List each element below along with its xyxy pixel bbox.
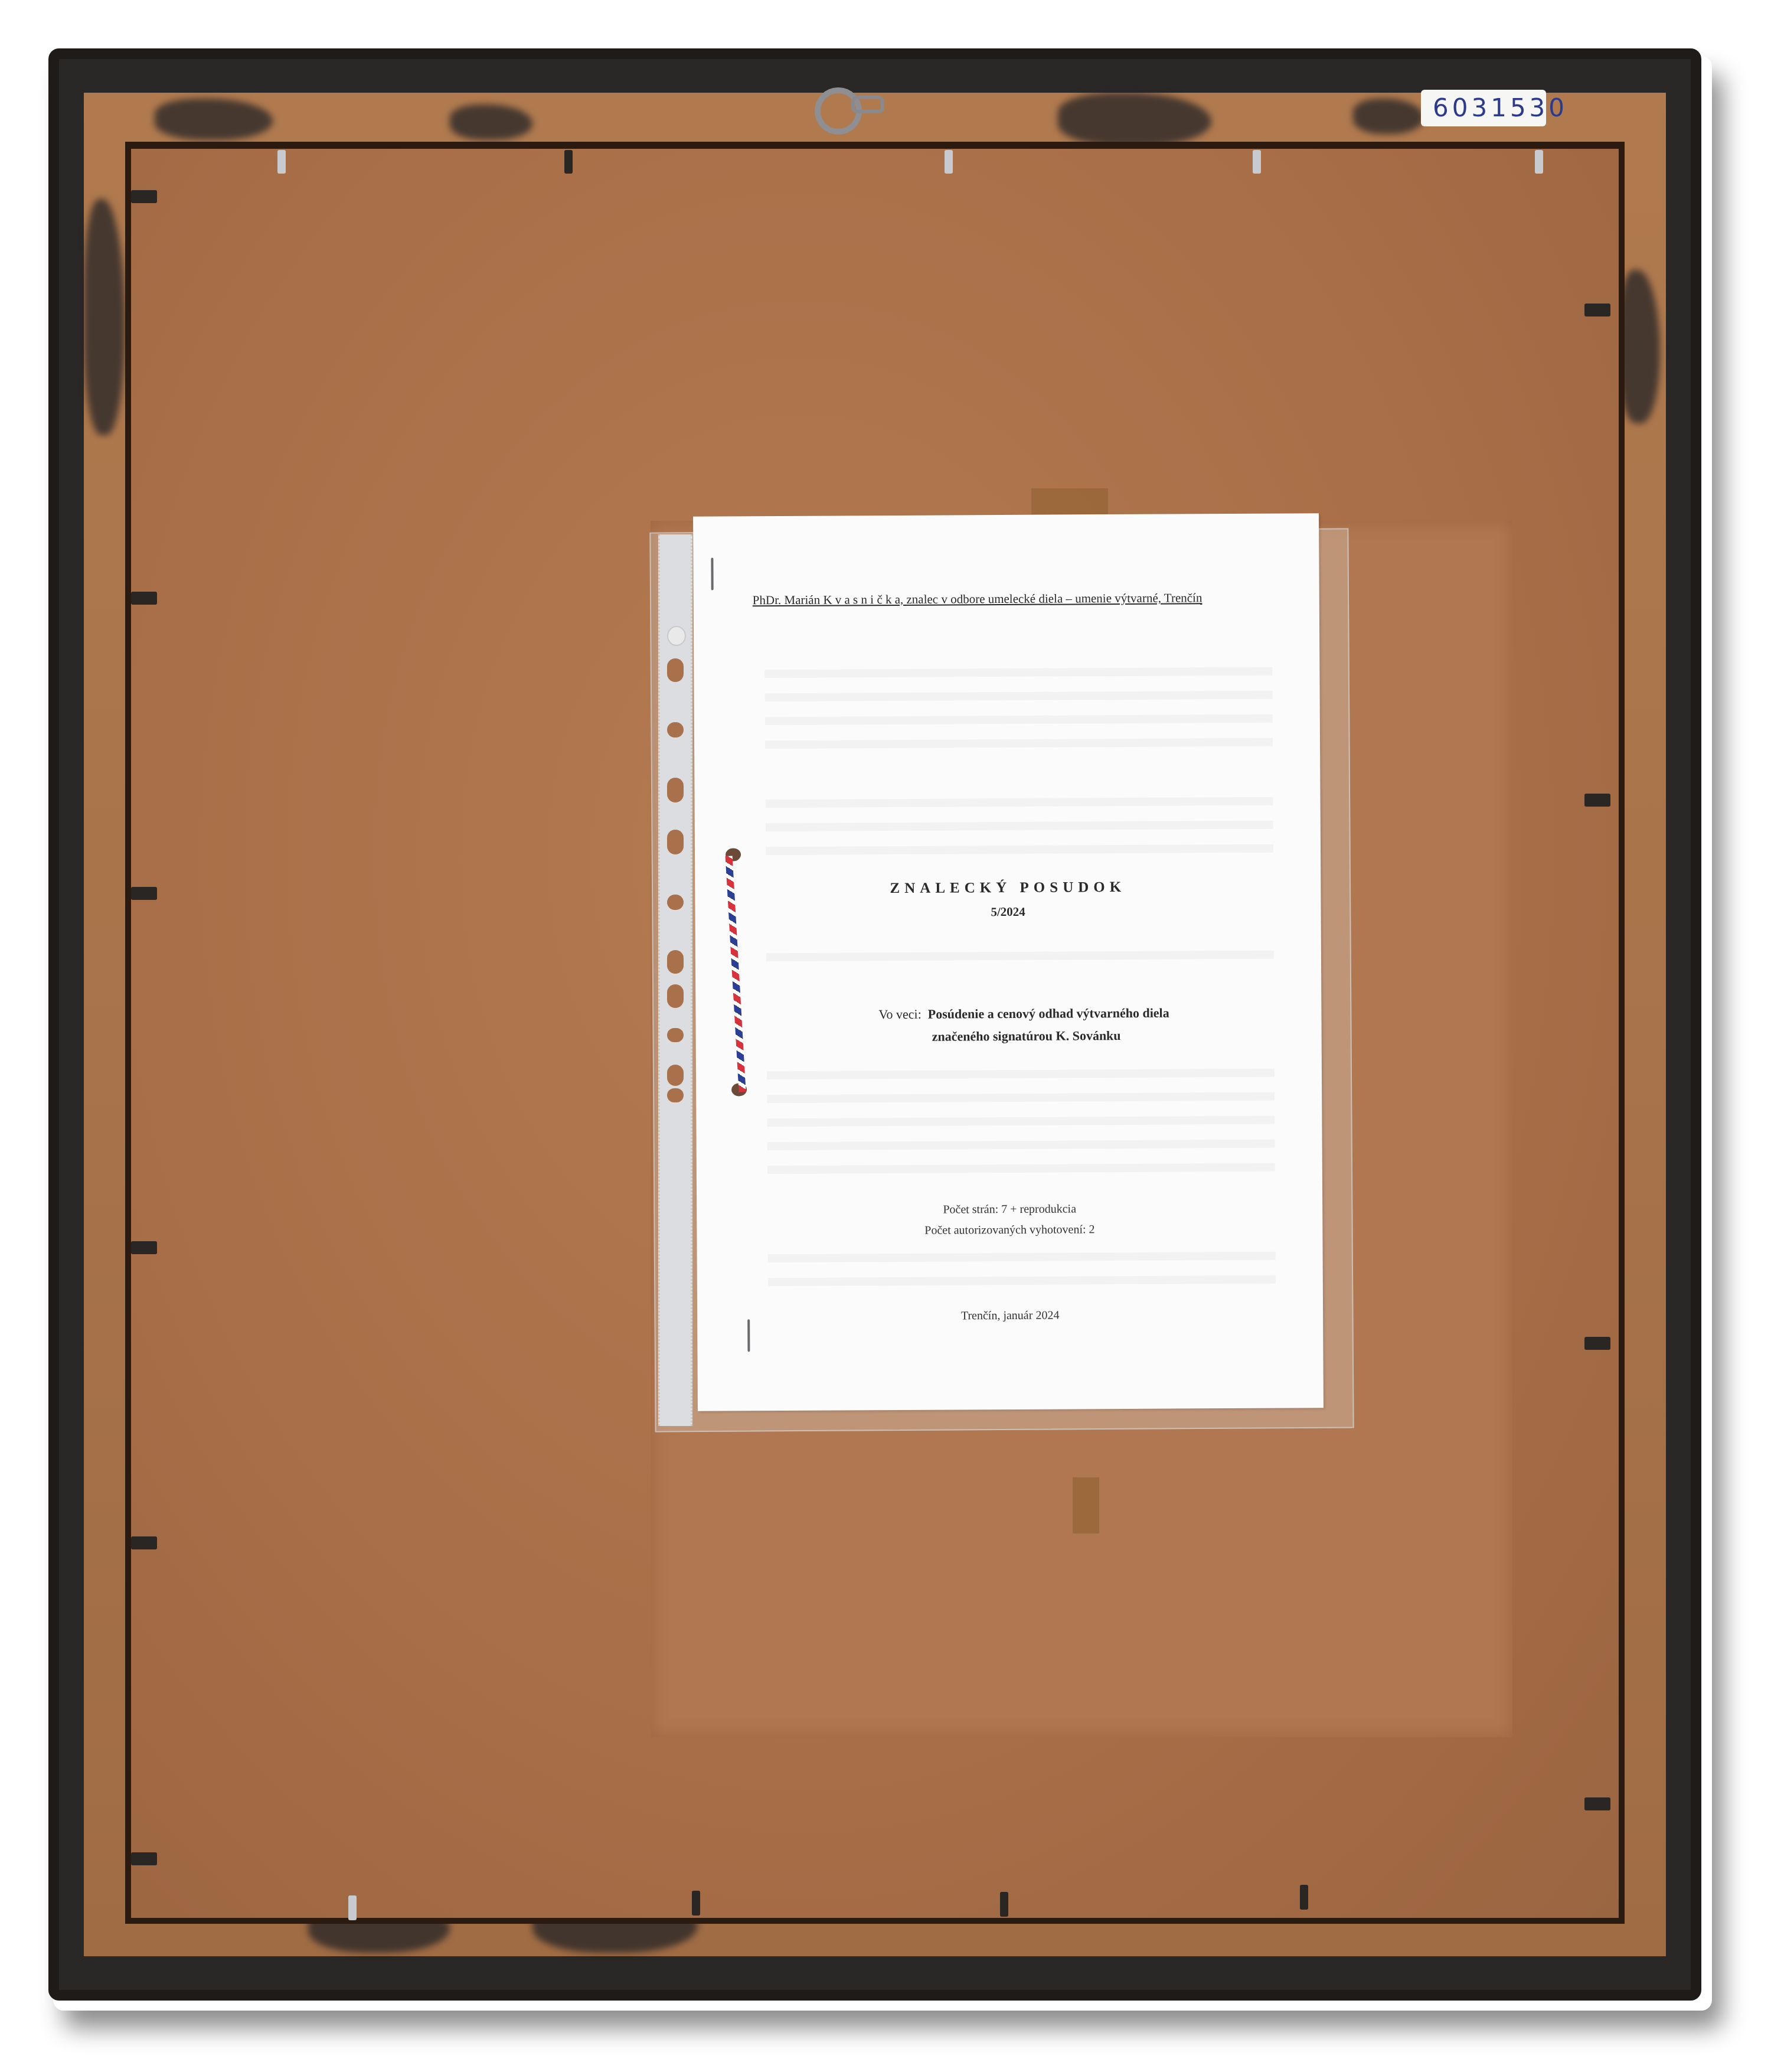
tape-piece bbox=[1073, 1477, 1099, 1533]
show-through-text bbox=[767, 1163, 1275, 1174]
subject-label: Vo veci: bbox=[878, 1007, 921, 1022]
show-through-text bbox=[768, 1252, 1276, 1263]
punch-hole bbox=[667, 895, 684, 910]
retaining-tab bbox=[131, 1536, 157, 1549]
paint-stain bbox=[1058, 93, 1211, 146]
show-through-text bbox=[767, 1069, 1275, 1080]
paint-stain bbox=[1353, 99, 1424, 134]
retaining-tab bbox=[692, 1891, 700, 1916]
subject-line-2: značeného signatúrou K. Sovánku bbox=[932, 1028, 1121, 1045]
retaining-tab bbox=[1584, 794, 1610, 807]
punch-hole bbox=[667, 950, 684, 974]
page-count: Počet strán: 7 + reprodukcia bbox=[697, 1201, 1322, 1218]
retaining-tab bbox=[348, 1895, 357, 1920]
punch-hole bbox=[667, 778, 684, 802]
place-and-date: Trenčín, január 2024 bbox=[697, 1307, 1323, 1324]
show-through-text bbox=[767, 1116, 1275, 1127]
show-through-text bbox=[765, 691, 1273, 702]
paint-stain bbox=[450, 105, 532, 140]
retaining-tab bbox=[564, 150, 573, 174]
paint-stain bbox=[84, 199, 125, 435]
retaining-tab bbox=[131, 1852, 157, 1865]
punch-hole bbox=[667, 658, 684, 682]
retaining-tab bbox=[277, 150, 286, 174]
show-through-text bbox=[765, 738, 1273, 749]
show-through-text bbox=[765, 714, 1273, 726]
punch-hole bbox=[667, 1088, 684, 1102]
retaining-tab bbox=[131, 592, 157, 605]
appraisal-document: PhDr. Marián K v a s n i č k a, znalec v… bbox=[693, 513, 1324, 1411]
punch-hole bbox=[667, 1028, 684, 1042]
punch-hole bbox=[667, 722, 684, 738]
sleeve-punched-strip bbox=[658, 534, 692, 1426]
retaining-tab bbox=[1253, 150, 1261, 174]
retaining-tab bbox=[945, 150, 953, 174]
hanging-ring-loop bbox=[851, 96, 884, 113]
show-through-text bbox=[767, 1092, 1275, 1104]
show-through-text bbox=[766, 797, 1273, 808]
show-through-text bbox=[767, 1140, 1275, 1151]
reinforced-hole bbox=[667, 626, 686, 646]
show-through-text bbox=[766, 844, 1273, 856]
paint-stain bbox=[1619, 270, 1660, 423]
punch-hole bbox=[667, 1065, 684, 1086]
show-through-text bbox=[766, 821, 1273, 832]
inventory-number-label: 6031530 bbox=[1421, 90, 1546, 126]
retaining-tab bbox=[1584, 304, 1610, 316]
retaining-tab bbox=[1584, 1337, 1610, 1350]
document-title: ZNALECKÝ POSUDOK bbox=[695, 878, 1321, 898]
retaining-tab bbox=[131, 887, 157, 900]
retaining-tab bbox=[1535, 150, 1543, 174]
copies-count: Počet autorizovaných vyhotovení: 2 bbox=[697, 1222, 1322, 1239]
retaining-tab bbox=[131, 190, 157, 203]
paint-stain bbox=[155, 99, 273, 140]
subject-line-1: Posúdenie a cenový odhad výtvarného diel… bbox=[928, 1006, 1169, 1022]
staple bbox=[711, 558, 713, 590]
retaining-tab bbox=[1584, 1797, 1610, 1810]
document-number: 5/2024 bbox=[695, 903, 1321, 921]
show-through-text bbox=[768, 1275, 1276, 1287]
document-subject: Vo veci: Posúdenie a cenový odhad výtvar… bbox=[878, 1006, 1169, 1023]
retaining-tab bbox=[131, 1241, 157, 1254]
retaining-tab bbox=[1300, 1885, 1308, 1910]
show-through-text bbox=[766, 951, 1274, 962]
show-through-text bbox=[764, 667, 1272, 678]
expert-header: PhDr. Marián K v a s n i č k a, znalec v… bbox=[753, 590, 1284, 608]
punch-hole bbox=[667, 830, 684, 854]
staple bbox=[747, 1319, 750, 1352]
punch-hole bbox=[667, 984, 684, 1008]
retaining-tab bbox=[1000, 1892, 1008, 1917]
